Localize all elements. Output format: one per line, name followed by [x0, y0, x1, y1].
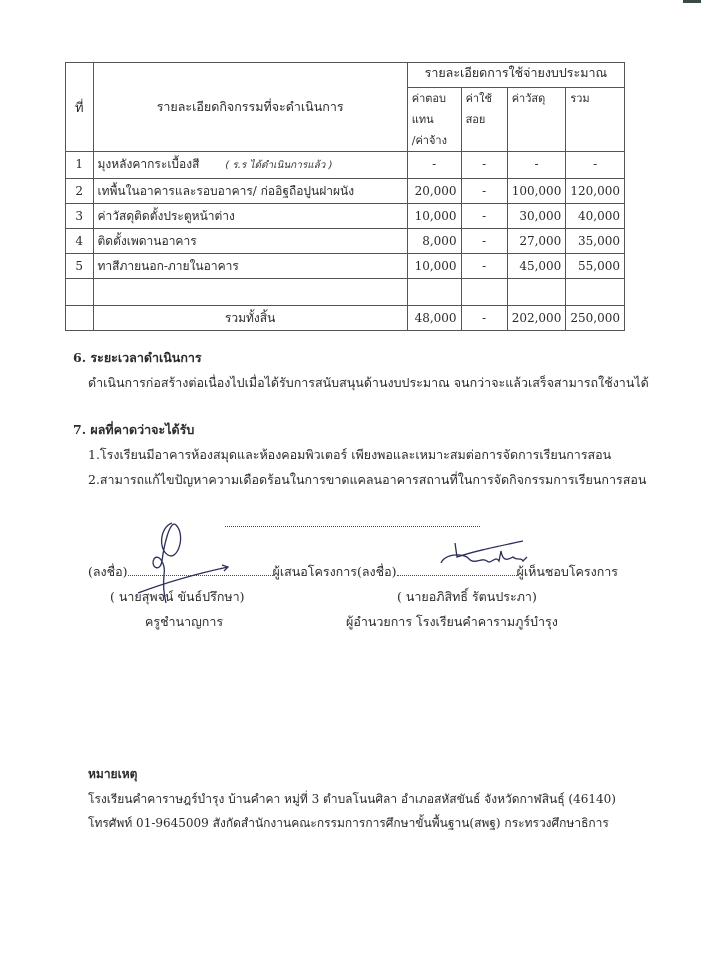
note-line-phone: โทรศัพท์ 01-9645009 สังกัดสำนักงานคณะกรร…	[88, 814, 609, 833]
row-description: ทาสีภายนอก-ภายในอาคาร	[93, 254, 407, 279]
header-description: รายละเอียดกิจกรรมที่จะดำเนินการ	[93, 63, 407, 152]
row-materials: 30,000	[507, 204, 566, 229]
row-compensation: 10,000	[407, 254, 461, 279]
header-no: ที่	[66, 63, 94, 152]
proposer-position: ครูชำนาญการ	[145, 612, 223, 632]
row-total: 40,000	[566, 204, 625, 229]
row-expenses: -	[461, 254, 507, 279]
table-row: 3 ค่าวัสดุติดตั้งประตูหน้าต่าง 10,000 - …	[66, 204, 625, 229]
header-expenses: ค่าใช้ สอย	[461, 88, 507, 152]
handwritten-note: ( ร.ร ได้ดำเนินการแล้ว )	[225, 160, 332, 171]
grand-total-total: 250,000	[566, 306, 625, 331]
note-title: หมายเหตุ	[88, 765, 137, 784]
grand-total-materials: 202,000	[507, 306, 566, 331]
header-compensation-line3: /ค่าจ้าง	[412, 134, 447, 147]
section7-item-1: 1.โรงเรียนมีอาคารห้องสมุดและห้องคอมพิวเต…	[88, 445, 611, 465]
header-expenses-line2: สอย	[466, 113, 486, 126]
table-row: 2 เทพื้นในอาคารและรอบอาคาร/ ก่ออิฐถือปูน…	[66, 179, 625, 204]
header-budget-group: รายละเอียดการใช้จ่ายงบประมาณ	[407, 63, 624, 88]
row-description: ติดตั้งเพดานอาคาร	[93, 229, 407, 254]
row-materials: -	[507, 152, 566, 179]
sign-label: (ลงชื่อ)	[357, 564, 397, 579]
budget-table: ที่ รายละเอียดกิจกรรมที่จะดำเนินการ รายล…	[65, 62, 625, 331]
row-description: เทพื้นในอาคารและรอบอาคาร/ ก่ออิฐถือปูนฝา…	[93, 179, 407, 204]
spacer-cell	[407, 279, 461, 306]
row-expenses: -	[461, 229, 507, 254]
row-no: 2	[66, 179, 94, 204]
proposer-signature-icon	[130, 515, 240, 605]
header-compensation: ค่าตอบ แทน /ค่าจ้าง	[407, 88, 461, 152]
spacer-cell	[507, 279, 566, 306]
row-description: ค่าวัสดุติดตั้งประตูหน้าต่าง	[93, 204, 407, 229]
row-description: มุงหลังคากระเบื้องสี ( ร.ร ได้ดำเนินการแ…	[93, 152, 407, 179]
grand-total-no	[66, 306, 94, 331]
row-compensation: -	[407, 152, 461, 179]
section7-item-2: 2.สามารถแก้ไขปัญหาความเดือดร้อนในการขาดแ…	[88, 470, 646, 490]
grand-total-row: รวมทั้งสิ้น 48,000 - 202,000 250,000	[66, 306, 625, 331]
table-spacer-row	[66, 279, 625, 306]
row-compensation: 10,000	[407, 204, 461, 229]
row-description-text: มุงหลังคากระเบื้องสี	[98, 157, 200, 171]
row-materials: 45,000	[507, 254, 566, 279]
spacer-cell	[66, 279, 94, 306]
proposer-role: ผู้เสนอโครงการ	[273, 564, 357, 579]
row-materials: 100,000	[507, 179, 566, 204]
row-total: 55,000	[566, 254, 625, 279]
header-materials: ค่าวัสดุ	[507, 88, 566, 152]
row-total: 120,000	[566, 179, 625, 204]
approver-name: ( นายอภิสิทธิ์ รัตนประภา)	[397, 587, 537, 607]
row-materials: 27,000	[507, 229, 566, 254]
row-compensation: 20,000	[407, 179, 461, 204]
header-compensation-line2: แทน	[412, 113, 434, 126]
row-no: 4	[66, 229, 94, 254]
scan-edge-mark	[683, 0, 701, 3]
section6-title: 6. ระยะเวลาดำเนินการ	[73, 348, 202, 368]
row-total: 35,000	[566, 229, 625, 254]
header-compensation-line1: ค่าตอบ	[412, 92, 446, 105]
row-no: 3	[66, 204, 94, 229]
header-total: รวม	[566, 88, 625, 152]
row-expenses: -	[461, 204, 507, 229]
table-row: 1 มุงหลังคากระเบื้องสี ( ร.ร ได้ดำเนินกา…	[66, 152, 625, 179]
section7-title: 7. ผลที่คาดว่าจะได้รับ	[73, 420, 194, 440]
dotted-separator	[225, 526, 480, 527]
row-no: 5	[66, 254, 94, 279]
section6-body: ดำเนินการก่อสร้างต่อเนื่องไปเมื่อได้รับก…	[88, 373, 649, 393]
spacer-cell	[461, 279, 507, 306]
approver-position: ผู้อำนวยการ โรงเรียนคำคารามภูร์บำรุง	[346, 612, 558, 632]
row-total: -	[566, 152, 625, 179]
row-compensation: 8,000	[407, 229, 461, 254]
note-line-address: โรงเรียนคำคาราษฎร์บำรุง บ้านคำคา หมู่ที่…	[88, 790, 616, 809]
row-expenses: -	[461, 179, 507, 204]
row-expenses: -	[461, 152, 507, 179]
grand-total-label: รวมทั้งสิ้น	[93, 306, 407, 331]
spacer-cell	[93, 279, 407, 306]
row-no: 1	[66, 152, 94, 179]
grand-total-expenses: -	[461, 306, 507, 331]
header-expenses-line1: ค่าใช้	[466, 92, 492, 105]
table-row: 5 ทาสีภายนอก-ภายในอาคาร 10,000 - 45,000 …	[66, 254, 625, 279]
approver-signature-icon	[435, 535, 540, 575]
grand-total-compensation: 48,000	[407, 306, 461, 331]
table-header-row: ที่ รายละเอียดกิจกรรมที่จะดำเนินการ รายล…	[66, 63, 625, 88]
spacer-cell	[566, 279, 625, 306]
table-row: 4 ติดตั้งเพดานอาคาร 8,000 - 27,000 35,00…	[66, 229, 625, 254]
sign-label: (ลงชื่อ)	[88, 564, 128, 579]
